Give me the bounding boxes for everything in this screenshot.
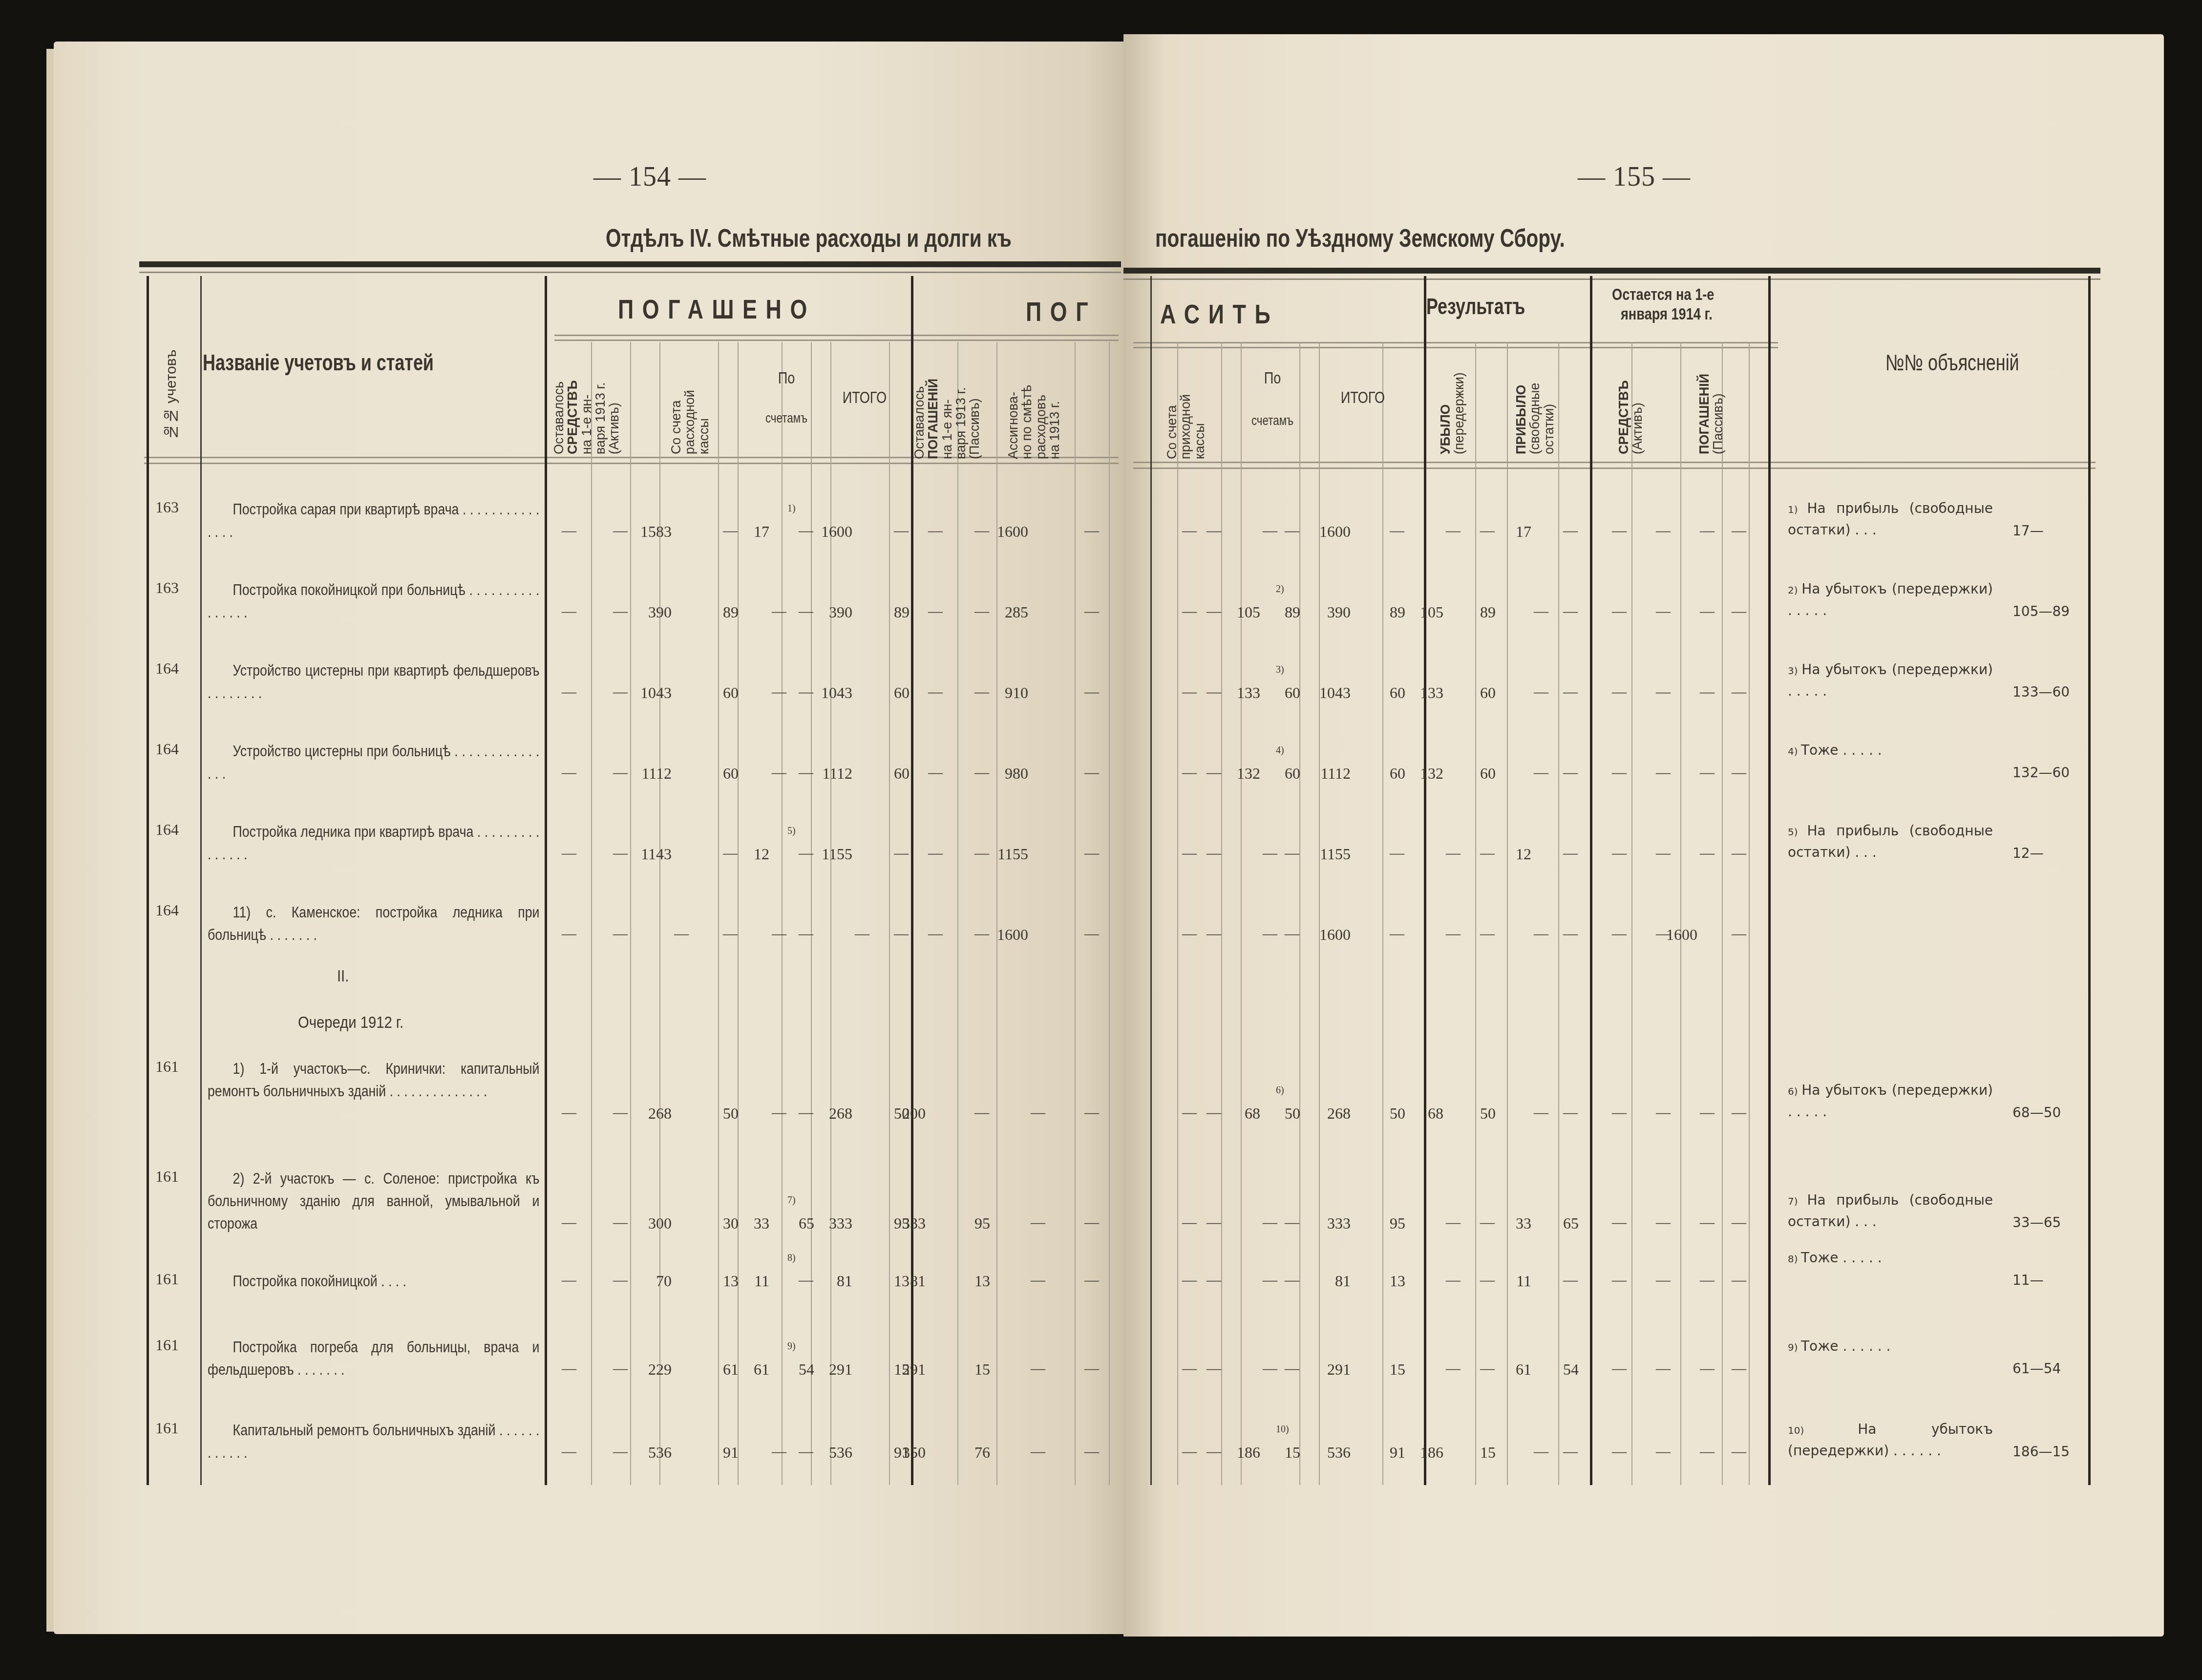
column-divider: [889, 342, 890, 1485]
account-number: 161: [155, 1270, 179, 1288]
explanation-text: На убытокъ (передержки) . . . . .: [1788, 581, 1993, 618]
footnote-marker: 8): [1788, 1253, 1801, 1265]
r_pribylo-rubles: —: [1534, 1444, 1548, 1460]
g_assign-kopeks: —: [1084, 926, 1099, 942]
row-divider: [554, 340, 1119, 341]
g_so-rubles: —: [1182, 1272, 1197, 1289]
header-pogasheno-so-scheta: Со счетарасходнойкассы: [669, 342, 711, 454]
footnote-marker: 9): [787, 1341, 796, 1352]
p_ost-rubles: —: [562, 1361, 576, 1377]
g_po-rubles: 186: [1185, 1444, 1260, 1462]
explanation: 2) На убытокъ (передержки) . . . . .: [1788, 579, 1993, 621]
item-name: Постройка погреба для больницы, врача и …: [208, 1336, 539, 1381]
r_ubylo-kopeks: 60: [1480, 765, 1496, 783]
column-divider: [1749, 342, 1750, 1485]
column-divider: [1075, 342, 1076, 1485]
explanation-text: На прибыль (свободные остатки) . . .: [1788, 823, 1993, 860]
header-group-pogasheno: ПОГАШЕНО: [618, 293, 816, 325]
column-divider: [1424, 276, 1426, 1485]
explanation-text: На убытокъ (передержки) . . . . .: [1788, 661, 1993, 699]
item-name: Устройство цистерны при квартирѣ фельдше…: [208, 659, 539, 704]
explanation-value: 105—89: [2012, 601, 2070, 622]
item-name: Постройка сарая при квартирѣ врача . . .…: [208, 498, 539, 543]
g_so-kopeks: —: [1207, 1361, 1221, 1377]
column-divider: [545, 276, 547, 1485]
g_assign-rubles: 910: [953, 684, 1028, 702]
footnote-marker: 9): [1788, 1341, 1801, 1353]
g_itogo-rubles: 291: [1275, 1361, 1351, 1379]
account-number: 161: [155, 1336, 179, 1354]
g_so-kopeks: —: [1207, 926, 1221, 942]
footnote-marker: 2): [1276, 584, 1284, 595]
g_itogo-rubles: 81: [1275, 1272, 1351, 1290]
r_pribylo-kopeks: —: [1563, 523, 1578, 539]
rem_pg-rubles: —: [1700, 765, 1715, 781]
rem_sr-kopeks: —: [1656, 1444, 1671, 1460]
g_assign-rubles: —: [1031, 1272, 1045, 1289]
g_itogo-rubles: 390: [1275, 603, 1351, 621]
p_so-rubles: 300: [596, 1214, 672, 1233]
g_po-rubles: 68: [1185, 1105, 1260, 1123]
rem_sr-kopeks: —: [1656, 1272, 1671, 1289]
explanation-value: 11—: [2012, 1270, 2044, 1291]
p_so-rubles: —: [674, 926, 689, 942]
p_ost-rubles: —: [562, 1444, 576, 1460]
explanation-value: 186—15: [2012, 1442, 2070, 1462]
explanation: 1) На прибыль (свободные остатки) . . .: [1788, 498, 1993, 540]
account-number: 164: [155, 740, 179, 758]
account-number: 161: [155, 1058, 179, 1076]
r_pribylo-kopeks: —: [1563, 926, 1578, 942]
r_ubylo-rubles: 133: [1368, 684, 1443, 702]
g_ost-rubles: —: [928, 523, 943, 539]
explanation-text: Тоже . . . . .: [1801, 742, 1882, 758]
g_ost-kopeks: 95: [974, 1214, 990, 1233]
rem_sr-rubles: —: [1612, 1105, 1627, 1121]
r_pribylo-rubles: —: [1534, 765, 1548, 781]
r_pribylo-rubles: 61: [1456, 1361, 1531, 1379]
p_itogo-kopeks: 89: [894, 603, 910, 621]
explanation: 8) Тоже . . . . .: [1788, 1248, 1993, 1269]
g_itogo-kopeks: 13: [1390, 1272, 1405, 1290]
g_so-rubles: —: [1182, 845, 1197, 862]
rem_sr-kopeks: —: [1656, 603, 1671, 620]
column-divider: [830, 342, 831, 1485]
p_so-rubles: 268: [596, 1105, 672, 1123]
r_pribylo-rubles: —: [1534, 603, 1548, 620]
rem_pg-kopeks: —: [1732, 1272, 1746, 1289]
footnote-marker: 7): [1788, 1195, 1807, 1207]
explanation-text: На убытокъ (передержки) . . . . .: [1788, 1082, 1993, 1120]
g_ost-rubles: —: [928, 926, 943, 942]
column-divider: [1768, 276, 1771, 1485]
explanation-text: На прибыль (свободные остатки) . . .: [1788, 500, 1993, 538]
footnote-marker: 3): [1788, 665, 1801, 677]
top-rule-left: [139, 261, 1121, 267]
header-pogasit-so-scheta: Со счетаприходнойкассы: [1165, 362, 1207, 459]
g_itogo-rubles: 1155: [1275, 845, 1351, 863]
g_assign-rubles: —: [1031, 1214, 1045, 1231]
g_po-rubles: 132: [1185, 765, 1260, 783]
p_itogo-kopeks: —: [894, 845, 909, 862]
explanation-value: 68—50: [2012, 1103, 2061, 1123]
rem_pg-rubles: —: [1700, 523, 1715, 539]
r_pribylo-kopeks: —: [1563, 1444, 1578, 1460]
r_pribylo-kopeks: —: [1563, 1105, 1578, 1121]
explanation-value: 132—60: [2012, 763, 2070, 783]
section-roman: II.: [337, 965, 349, 987]
g_assign-kopeks: —: [1084, 765, 1099, 781]
column-divider: [1382, 342, 1383, 1485]
r_pribylo-kopeks: —: [1563, 765, 1578, 781]
rem_pg-rubles: —: [1700, 845, 1715, 862]
column-divider: [1680, 342, 1681, 1485]
footnote-marker: 10): [1276, 1424, 1289, 1435]
p_ost-rubles: —: [562, 845, 576, 862]
r_ubylo-rubles: 186: [1368, 1444, 1443, 1462]
rem_sr-kopeks: —: [1656, 523, 1671, 539]
r_ubylo-kopeks: 50: [1480, 1105, 1496, 1123]
p_so-kopeks: 60: [723, 684, 739, 702]
p_itogo-rubles: 81: [777, 1272, 852, 1290]
header-group-remains-line1: Остается на 1-е: [1612, 286, 1714, 304]
rem_pg-rubles: —: [1700, 1214, 1715, 1231]
p_so-kopeks: 60: [723, 765, 739, 783]
p_itogo-kopeks: —: [894, 523, 909, 539]
explanation-text: На прибыль (свободные остатки) . . .: [1788, 1192, 1993, 1230]
g_so-kopeks: —: [1207, 523, 1221, 539]
explanation: 3) На убытокъ (передержки) . . . . .: [1788, 659, 1993, 702]
g_ost-rubles: —: [928, 845, 943, 862]
g_assign-rubles: 1600: [953, 523, 1028, 541]
p_ost-kopeks: —: [613, 926, 628, 942]
header-group-result: Результатъ: [1426, 293, 1525, 319]
g_po-rubles: 105: [1185, 603, 1260, 621]
column-divider: [718, 342, 719, 1485]
r_ubylo-kopeks: 15: [1480, 1444, 1496, 1462]
item-name: Устройство цистерны при больницѣ . . . .…: [208, 740, 539, 785]
p_itogo-rubles: 390: [777, 603, 852, 621]
g_itogo-rubles: 1043: [1275, 684, 1351, 702]
account-number: 163: [155, 579, 179, 597]
item-name: Постройка покойницкой . . . .: [208, 1270, 539, 1293]
g_itogo-kopeks: —: [1390, 523, 1404, 539]
g_ost-rubles: —: [928, 765, 943, 781]
page-number-right: — 155 —: [1578, 161, 1691, 192]
explanation-value: 33—65: [2012, 1212, 2061, 1233]
rem_sr-kopeks: —: [1656, 1361, 1671, 1377]
top-rule-right-thin: [1123, 278, 2100, 280]
column-divider: [630, 342, 631, 1485]
p_itogo-kopeks: —: [894, 926, 909, 942]
header-pogasit-itogo: ИТОГО: [1335, 388, 1390, 407]
g_so-rubles: —: [1182, 523, 1197, 539]
g_itogo-kopeks: 95: [1390, 1214, 1405, 1233]
header-pogasit-schetam: счетамъ: [1247, 413, 1298, 428]
column-divider: [1177, 342, 1178, 1485]
rem_pg-rubles: —: [1700, 603, 1715, 620]
section-title-right: погашенію по Уѣздному Земскому Сбору.: [1155, 224, 1565, 253]
r_pribylo-kopeks: —: [1563, 1272, 1578, 1289]
rem_pg-kopeks: —: [1732, 1361, 1746, 1377]
g_ost-rubles: 333: [850, 1214, 926, 1233]
column-divider: [1631, 342, 1632, 1485]
section-subtitle: Очереди 1912 г.: [298, 1011, 403, 1034]
p_itogo-rubles: 1112: [777, 765, 852, 783]
p_po-rubles: —: [772, 926, 786, 942]
header-result-pribylo: ПРИБЫЛО(свободныеостатки): [1514, 337, 1556, 454]
rem_pg-rubles: —: [1700, 1361, 1715, 1377]
g_ost-rubles: —: [928, 684, 943, 701]
r_pribylo-rubles: —: [1534, 684, 1548, 701]
header-group-remains-line2: января 1914 г.: [1621, 305, 1713, 323]
r_ubylo-kopeks: —: [1480, 926, 1495, 942]
g_assign-kopeks: —: [1084, 1105, 1099, 1121]
column-divider: [1590, 276, 1592, 1485]
header-pogasit-ostavalos: ОставалосьПОГАШЕНІЙна 1-е ян-варя 1913 г…: [912, 342, 982, 459]
p_itogo-rubles: 268: [777, 1105, 852, 1123]
p_itogo-rubles: 536: [777, 1444, 852, 1462]
footnote-marker: 10): [1788, 1425, 1858, 1436]
p_ost-rubles: —: [562, 926, 576, 942]
p_so-rubles: 70: [596, 1272, 672, 1290]
rem_sr-rubles: —: [1612, 1361, 1627, 1377]
account-number: 164: [155, 901, 179, 919]
g_itogo-rubles: 536: [1275, 1444, 1351, 1462]
p_so-rubles: 229: [596, 1361, 672, 1379]
g_assign-kopeks: —: [1084, 603, 1099, 620]
r_pribylo-rubles: —: [1534, 926, 1548, 942]
column-divider: [811, 342, 812, 1485]
r_pribylo-kopeks: —: [1563, 603, 1578, 620]
column-divider: [1241, 342, 1242, 1485]
p_ost-rubles: —: [562, 1272, 576, 1289]
p_ost-rubles: —: [562, 765, 576, 781]
top-rule-left-thin: [139, 272, 1121, 273]
column-divider: [147, 276, 149, 1485]
g_itogo-rubles: 1112: [1275, 765, 1351, 783]
header-pogasit-assign: Ассигнова-но по смѣтѣрасходовъна 1913 г.: [1006, 342, 1061, 459]
rem_pg-rubles: —: [1700, 1272, 1715, 1289]
footnote-marker: 1): [787, 503, 796, 514]
r_ubylo-rubles: 132: [1368, 765, 1443, 783]
header-group-pogasit-right: АСИТЬ: [1160, 298, 1279, 330]
p_po-rubles: 12: [694, 845, 769, 863]
g_ost-rubles: —: [928, 603, 943, 620]
p_ost-rubles: —: [562, 684, 576, 701]
r_ubylo-rubles: 105: [1368, 603, 1443, 621]
p_po-kopeks: —: [799, 926, 813, 942]
explanation-text: Тоже . . . . .: [1801, 1250, 1882, 1266]
explanation-value: 17—: [2012, 521, 2044, 541]
g_so-rubles: —: [1182, 926, 1197, 942]
g_assign-rubles: 980: [953, 765, 1028, 783]
p_so-rubles: 1583: [596, 523, 672, 541]
account-number: 164: [155, 821, 179, 839]
header-remains-sredstv: СРЕДСТВЪ(Активъ): [1617, 342, 1645, 454]
column-divider: [738, 342, 739, 1485]
g_assign-rubles: —: [1031, 1444, 1045, 1460]
g_so-rubles: —: [1182, 1361, 1197, 1377]
section-title-left: Отдѣлъ IV. Смѣтные расходы и долги къ: [606, 224, 1012, 253]
g_ost-rubles: 350: [850, 1444, 926, 1462]
rem_sr-rubles: —: [1612, 1214, 1627, 1231]
column-divider: [1507, 342, 1508, 1485]
p_ost-rubles: —: [562, 1105, 576, 1121]
explanation: 4) Тоже . . . . .: [1788, 740, 1993, 762]
item-name: Капитальный ремонтъ больничныхъ зданій .…: [208, 1419, 539, 1464]
p_ost-rubles: —: [562, 603, 576, 620]
rem_sr-rubles: —: [1612, 684, 1627, 701]
g_assign-rubles: 285: [953, 603, 1028, 621]
r_ubylo-rubles: —: [1446, 926, 1461, 942]
rem_sr-kopeks: —: [1656, 1214, 1671, 1231]
rem_sr-kopeks: —: [1656, 684, 1671, 701]
row-divider: [144, 463, 1119, 464]
r_pribylo-rubles: 12: [1456, 845, 1531, 863]
rem_sr-rubles: —: [1612, 603, 1627, 620]
footnote-marker: 6): [1276, 1085, 1284, 1096]
header-explanations: №№ объясненій: [1885, 349, 2019, 376]
column-divider: [1722, 342, 1723, 1485]
rem_sr-rubles: —: [1612, 845, 1627, 862]
p_so-kopeks: 50: [723, 1105, 739, 1123]
rem_sr-rubles: —: [1612, 1444, 1627, 1460]
column-divider: [782, 342, 783, 1485]
column-divider: [1558, 342, 1559, 1485]
rem_sr-rubles: —: [1612, 523, 1627, 539]
header-pogasheno-po: По: [775, 369, 798, 388]
row-divider: [1133, 468, 2096, 469]
g_so-kopeks: —: [1207, 1214, 1221, 1231]
g_ost-rubles: 291: [850, 1361, 926, 1379]
explanation-value: 133—60: [2012, 682, 2070, 702]
explanation: 9) Тоже . . . . . .: [1788, 1336, 1993, 1358]
explanation-value: 61—54: [2012, 1359, 2061, 1379]
g_assign-rubles: —: [1031, 1361, 1045, 1377]
p_so-kopeks: 89: [723, 603, 739, 621]
g_assign-kopeks: —: [1084, 523, 1099, 539]
p_po-rubles: 61: [694, 1361, 769, 1379]
g_itogo-kopeks: —: [1390, 926, 1404, 942]
page-number-left: — 154 —: [593, 161, 706, 192]
p_itogo-kopeks: 60: [894, 765, 910, 783]
column-divider: [659, 342, 660, 1485]
explanation: 5) На прибыль (свободные остатки) . . .: [1788, 821, 1993, 863]
rem_sr-rubles: —: [1612, 1272, 1627, 1289]
explanation: 10) На убытокъ (передержки) . . . . . .: [1788, 1419, 1993, 1461]
r_pribylo-rubles: —: [1534, 1105, 1548, 1121]
column-divider: [1221, 342, 1222, 1485]
p_po-rubles: 11: [694, 1272, 769, 1290]
rem_pg-kopeks: —: [1732, 765, 1746, 781]
rem_pg-kopeks: —: [1732, 603, 1746, 620]
header-remains-pogasheniy: ПОГАШЕНІЙ(Пассивъ): [1697, 337, 1725, 454]
item-name: 1) 1-й участокъ—с. Кринички: капитальный…: [208, 1058, 539, 1103]
rem_sr-kopeks: —: [1656, 765, 1671, 781]
r_pribylo-kopeks: —: [1563, 684, 1578, 701]
g_ost-rubles: 81: [850, 1272, 926, 1290]
column-divider: [1150, 276, 1152, 1485]
rem_pg-kopeks: —: [1732, 926, 1746, 942]
p_itogo-kopeks: 60: [894, 684, 910, 702]
column-divider: [1319, 342, 1320, 1485]
g_itogo-kopeks: —: [1390, 845, 1404, 862]
p_itogo-rubles: 1043: [777, 684, 852, 702]
r_pribylo-kopeks: 65: [1563, 1214, 1579, 1233]
column-divider: [591, 342, 592, 1485]
r_pribylo-rubles: 33: [1456, 1214, 1531, 1233]
footnote-marker: 6): [1788, 1085, 1801, 1097]
g_assign-rubles: 1155: [953, 845, 1028, 863]
rem_pg-kopeks: —: [1732, 845, 1746, 862]
r_pribylo-rubles: 17: [1456, 523, 1531, 541]
header-group-pogasit-left: ПОГ: [1026, 296, 1097, 327]
explanation: 6) На убытокъ (передержки) . . . . .: [1788, 1080, 1993, 1122]
g_itogo-rubles: 1600: [1275, 523, 1351, 541]
header-pogasit-po: По: [1261, 369, 1284, 388]
account-number: 163: [155, 498, 179, 516]
item-name: 11) с. Каменское: постройка ледника при …: [208, 901, 539, 946]
header-account-number: №№ учетовъ: [164, 313, 179, 440]
g_ost-kopeks: 15: [974, 1361, 990, 1379]
rem_pg-rubles: —: [1700, 1444, 1715, 1460]
p_ost-rubles: —: [562, 1214, 576, 1231]
p_so-kopeks: —: [723, 926, 738, 942]
g_assign-kopeks: —: [1084, 1361, 1099, 1377]
p_so-rubles: 536: [596, 1444, 672, 1462]
header-result-ubylo: УБЫЛО(передержки): [1439, 337, 1466, 454]
header-pogasheno-schetam: счетамъ: [761, 410, 812, 426]
row-divider: [1133, 462, 2096, 463]
top-rule-right: [1123, 268, 2100, 274]
g_ost-kopeks: 76: [974, 1444, 990, 1462]
p_so-kopeks: 91: [723, 1444, 739, 1462]
header-pogasheno-ostavalos: ОставалосьСРЕДСТВЪна 1-е ян-варя 1913 г.…: [552, 337, 621, 454]
column-divider: [996, 342, 997, 1485]
rem_sr-rubles: —: [1612, 765, 1627, 781]
item-name: Постройка покойницкой при больницѣ . . .…: [208, 579, 539, 624]
rem_pg-kopeks: —: [1732, 1105, 1746, 1121]
g_assign-kopeks: —: [1084, 684, 1099, 701]
explanation-text: Тоже . . . . . .: [1801, 1338, 1891, 1354]
g_assign-kopeks: —: [1084, 845, 1099, 862]
g_assign-kopeks: —: [1084, 1214, 1099, 1231]
g_assign-kopeks: —: [1084, 1272, 1099, 1289]
rem_pg-kopeks: —: [1732, 1214, 1746, 1231]
p_ost-rubles: —: [562, 523, 576, 539]
p_po-rubles: 33: [694, 1214, 769, 1233]
row-divider: [554, 335, 1119, 336]
p_itogo-rubles: 333: [777, 1214, 852, 1233]
g_itogo-kopeks: 15: [1390, 1361, 1405, 1379]
r_ubylo-kopeks: 60: [1480, 684, 1496, 702]
r_pribylo-rubles: 11: [1456, 1272, 1531, 1290]
p_so-rubles: 390: [596, 603, 672, 621]
g_itogo-rubles: 333: [1275, 1214, 1351, 1233]
column-divider: [200, 276, 202, 1485]
p_itogo-rubles: 1155: [777, 845, 852, 863]
p_po-rubles: 17: [694, 523, 769, 541]
r_pribylo-kopeks: —: [1563, 845, 1578, 862]
account-number: 164: [155, 659, 179, 678]
g_assign-rubles: 1600: [953, 926, 1028, 944]
g_ost-kopeks: 13: [974, 1272, 990, 1290]
g_so-kopeks: —: [1207, 1272, 1221, 1289]
rem_pg-kopeks: —: [1732, 1444, 1746, 1460]
footnote-marker: 7): [787, 1195, 796, 1206]
rem_pg-kopeks: —: [1732, 684, 1746, 701]
